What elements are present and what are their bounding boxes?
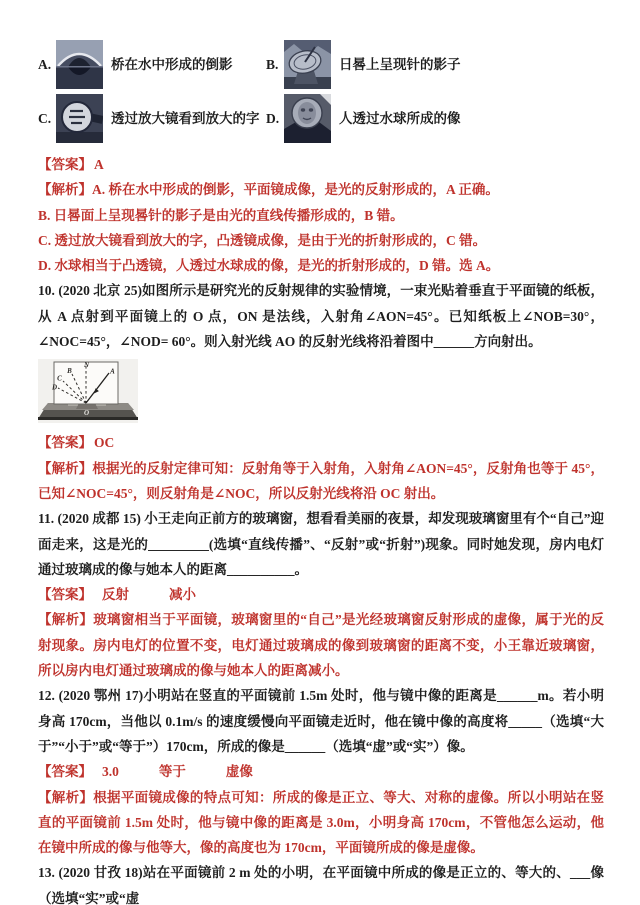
option-c: C. 透过放大镜看到放大的字	[38, 94, 266, 143]
label-C: C	[57, 375, 62, 383]
bridge-reflection-photo	[56, 40, 103, 89]
reflection-experiment-figure: N B C D A O	[38, 359, 138, 423]
q9-answer-line: 【答案】A	[38, 152, 604, 177]
sundial-photo	[284, 40, 331, 89]
analysis-tag: 【解析】	[38, 182, 92, 197]
analysis-tag: 【解析】	[38, 461, 92, 476]
label-D: D	[51, 384, 57, 392]
q10-analysis: 【解析】根据光的反射定律可知：反射角等于入射角，入射角∠AON=45°，反射角也…	[38, 456, 604, 507]
water-ball-photo	[284, 94, 331, 143]
q9-analysis-c: C. 透过放大镜看到放大的字，凸透镜成像，是由于光的折射形成的，C 错。	[38, 228, 604, 253]
q12-answer-2: 等于	[159, 764, 186, 779]
q9-answer-value: A	[94, 157, 104, 172]
q12-stem: 12. (2020 鄂州 17)小明站在竖直的平面镜前 1.5m 处时，他与镜中…	[38, 683, 604, 759]
q9-analysis-b: B. 日晷面上呈现晷针的影子是由光的直线传播形成的，B 错。	[38, 203, 604, 228]
label-N: N	[83, 361, 90, 369]
q11-answer-1: 反射	[102, 587, 129, 602]
option-d-label: D.	[266, 106, 284, 131]
option-b-caption: 日晷上呈现针的影子	[339, 52, 461, 77]
worksheet-page: A. 桥在水中形成的倒影 B. 日	[38, 40, 604, 905]
magnifier-photo	[56, 94, 103, 143]
label-O: O	[84, 409, 89, 417]
q10-stem: 10. (2020 北京 25)如图所示是研究光的反射规律的实验情境，一束光贴着…	[38, 278, 604, 354]
q12-answer-3: 虚像	[226, 764, 253, 779]
answer-tag: 【答案】	[38, 587, 92, 602]
option-d: D. 人透过水球所成的像	[266, 94, 604, 143]
answer-tag: 【答案】	[38, 157, 92, 172]
option-b: B. 日晷上呈现针的影子	[266, 40, 604, 89]
label-A: A	[109, 368, 115, 376]
analysis-tag: 【解析】	[38, 790, 93, 805]
q10-answer-value: OC	[94, 435, 114, 450]
q9-analysis-d: D. 水球相当于凸透镜，人透过水球成的像，是光的折射形成的，D 错。选 A。	[38, 253, 604, 278]
option-b-label: B.	[266, 52, 284, 77]
option-a: A. 桥在水中形成的倒影	[38, 40, 266, 89]
option-d-caption: 人透过水球所成的像	[339, 106, 461, 131]
answer-tag: 【答案】	[38, 435, 92, 450]
q11-stem: 11. (2020 成都 15) 小王走向正前方的玻璃窗，想看看美丽的夜景，却发…	[38, 506, 604, 582]
q13-stem: 13. (2020 甘孜 18)站在平面镜前 2 m 处的小明，在平面镜中所成的…	[38, 860, 604, 905]
q12-answer-1: 3.0	[102, 764, 119, 779]
q11-analysis: 【解析】玻璃窗相当于平面镜，玻璃窗里的“自己”是光经玻璃窗反射形成的虚像，属于光…	[38, 607, 604, 683]
q11-answer-2: 减小	[169, 587, 196, 602]
answer-tag: 【答案】	[38, 764, 92, 779]
analysis-tag: 【解析】	[38, 612, 93, 627]
option-a-caption: 桥在水中形成的倒影	[111, 52, 233, 77]
q12-answer-line: 【答案】3.0等于虚像	[38, 759, 604, 784]
q9-analysis-a: 【解析】A. 桥在水中形成的倒影，平面镜成像，是光的反射形成的，A 正确。	[38, 177, 604, 202]
q10-answer-line: 【答案】OC	[38, 430, 604, 455]
question-9-options: A. 桥在水中形成的倒影 B. 日	[38, 40, 604, 143]
option-c-caption: 透过放大镜看到放大的字	[111, 106, 260, 131]
option-c-label: C.	[38, 106, 56, 131]
q12-analysis: 【解析】根据平面镜成像的特点可知：所成的像是正立、等大、对称的虚像。所以小明站在…	[38, 785, 604, 861]
label-B: B	[66, 367, 72, 375]
option-a-label: A.	[38, 52, 56, 77]
q11-answer-line: 【答案】反射减小	[38, 582, 604, 607]
